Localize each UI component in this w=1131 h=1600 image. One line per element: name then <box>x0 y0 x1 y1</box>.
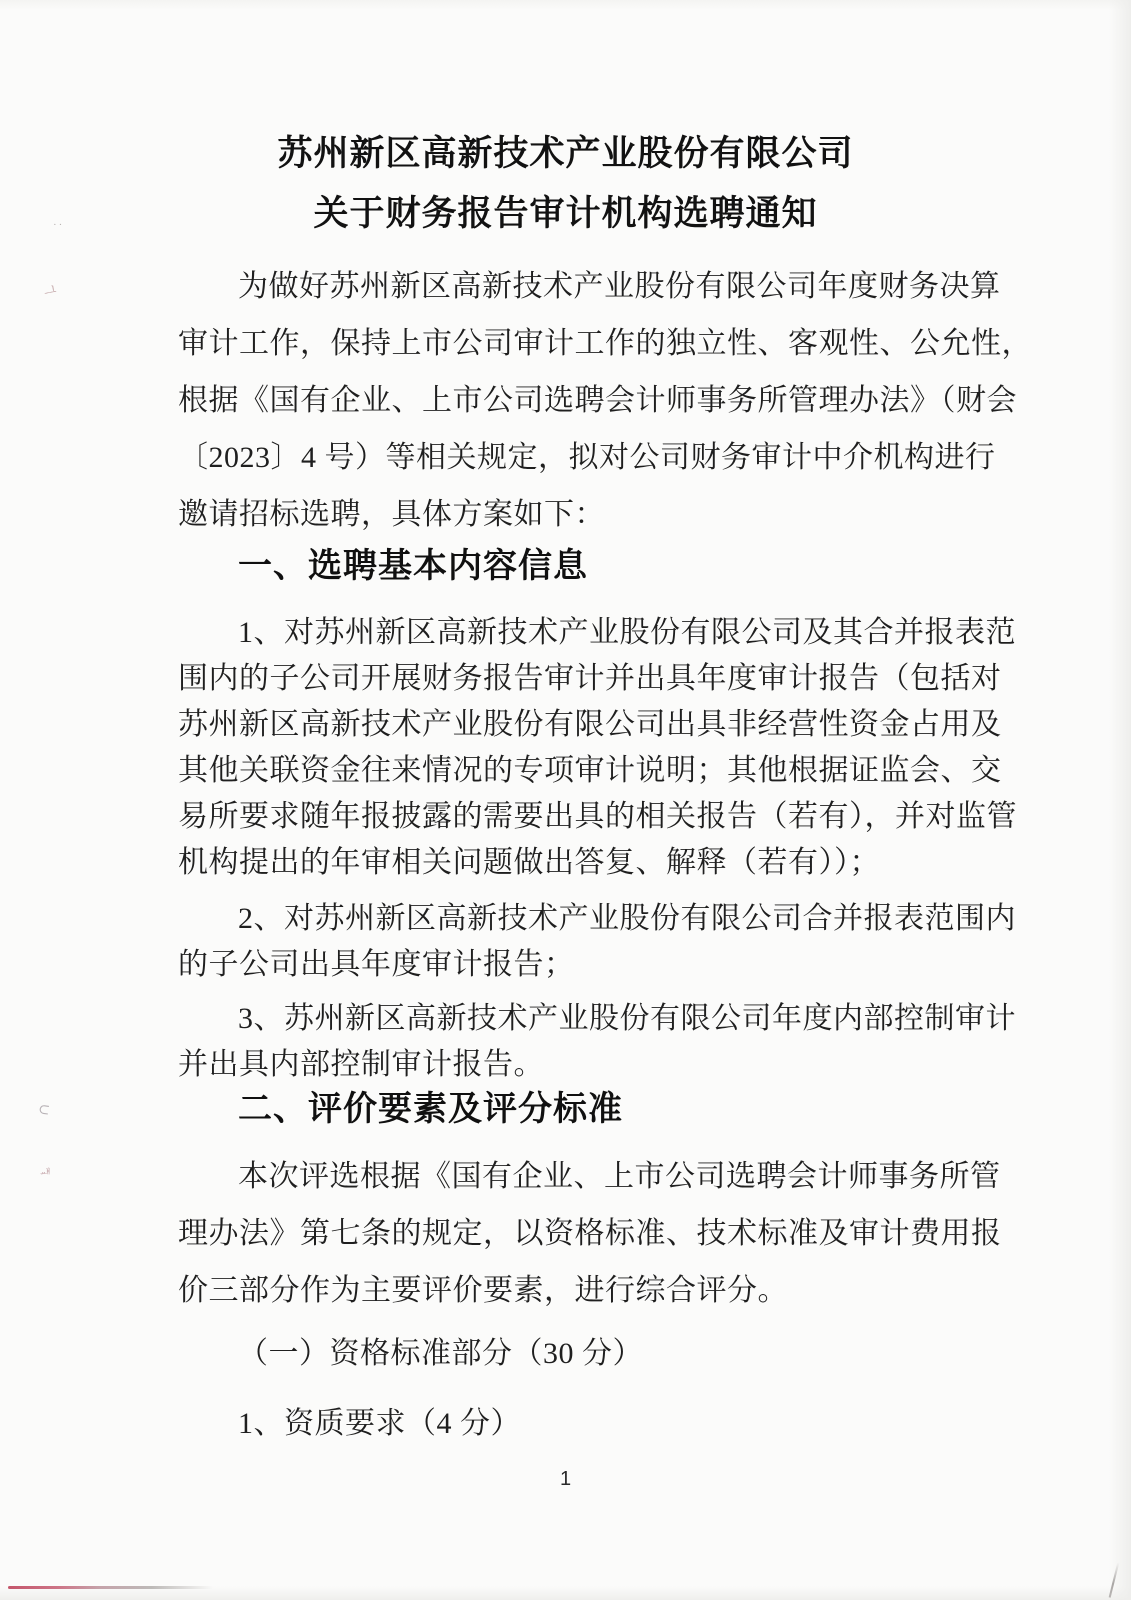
section1-item3: 3、苏州新区高新技术产业股份有限公司年度内部控制审计 并出具内部控制审计报告。 <box>178 996 1018 1088</box>
scanned-document-page: 苏州新区高新技术产业股份有限公司 关于财务报告审计机构选聘通知 为做好苏州新区高… <box>0 0 1131 1600</box>
scan-line-artifact <box>1109 1562 1120 1597</box>
para-line: 理办法》第七条的规定，以资格标准、技术标准及审计费用报 <box>178 1205 1018 1262</box>
document-body: 为做好苏州新区高新技术产业股份有限公司年度财务决算 审计工作，保持上市公司审计工… <box>178 0 1018 1452</box>
subitem-heading-credentials: 1、资质要求（4 分） <box>178 1395 1018 1452</box>
scan-speck: ᆜ <box>42 281 58 302</box>
item-line: 围内的子公司开展财务报告审计并出具年度审计报告（包括对 <box>178 656 1018 702</box>
item-line: 2、对苏州新区高新技术产业股份有限公司合并报表范围内 <box>178 896 1018 942</box>
scan-speck: ᆅ <box>40 1165 51 1181</box>
item-line: 并出具内部控制审计报告。 <box>178 1042 1018 1088</box>
item-line: 苏州新区高新技术产业股份有限公司出具非经营性资金占用及 <box>178 702 1018 748</box>
scan-speck: ⊂ <box>37 1101 51 1119</box>
intro-line: 邀请招标选聘，具体方案如下： <box>178 486 1018 543</box>
scan-line-artifact <box>8 1586 213 1589</box>
section1-heading: 一、选聘基本内容信息 <box>178 545 1018 589</box>
section2-paragraph: 本次评选根据《国有企业、上市公司选聘会计师事务所管 理办法》第七条的规定，以资格… <box>178 1148 1018 1319</box>
section1-item2: 2、对苏州新区高新技术产业股份有限公司合并报表范围内 的子公司出具年度审计报告； <box>178 896 1018 988</box>
subsection-heading-qualification: （一）资格标准部分（30 分） <box>178 1325 1018 1382</box>
item-line: 易所要求随年报披露的需要出具的相关报告（若有），并对监管 <box>178 794 1018 840</box>
para-line: 价三部分作为主要评价要素，进行综合评分。 <box>178 1262 1018 1319</box>
section2-heading: 二、评价要素及评分标准 <box>178 1088 1018 1132</box>
intro-line: 〔2023〕4 号）等相关规定，拟对公司财务审计中介机构进行 <box>178 429 1018 486</box>
intro-line: 根据《国有企业、上市公司选聘会计师事务所管理办法》（财会 <box>178 372 1018 429</box>
intro-line: 审计工作，保持上市公司审计工作的独立性、客观性、公允性， <box>178 315 1018 372</box>
item-line: 3、苏州新区高新技术产业股份有限公司年度内部控制审计 <box>178 996 1018 1042</box>
item-line: 其他关联资金往来情况的专项审计说明；其他根据证监会、交 <box>178 748 1018 794</box>
intro-line: 为做好苏州新区高新技术产业股份有限公司年度财务决算 <box>178 258 1018 315</box>
section1-item1: 1、对苏州新区高新技术产业股份有限公司及其合并报表范 围内的子公司开展财务报告审… <box>178 610 1018 886</box>
page-number: 1 <box>0 1468 1131 1491</box>
item-line: 的子公司出具年度审计报告； <box>178 942 1018 988</box>
item-line: 机构提出的年审相关问题做出答复、解释（若有））； <box>178 840 1018 886</box>
item-line: 1、对苏州新区高新技术产业股份有限公司及其合并报表范 <box>178 610 1018 656</box>
para-line: 本次评选根据《国有企业、上市公司选聘会计师事务所管 <box>178 1148 1018 1205</box>
intro-paragraph: 为做好苏州新区高新技术产业股份有限公司年度财务决算 审计工作，保持上市公司审计工… <box>178 258 1018 543</box>
